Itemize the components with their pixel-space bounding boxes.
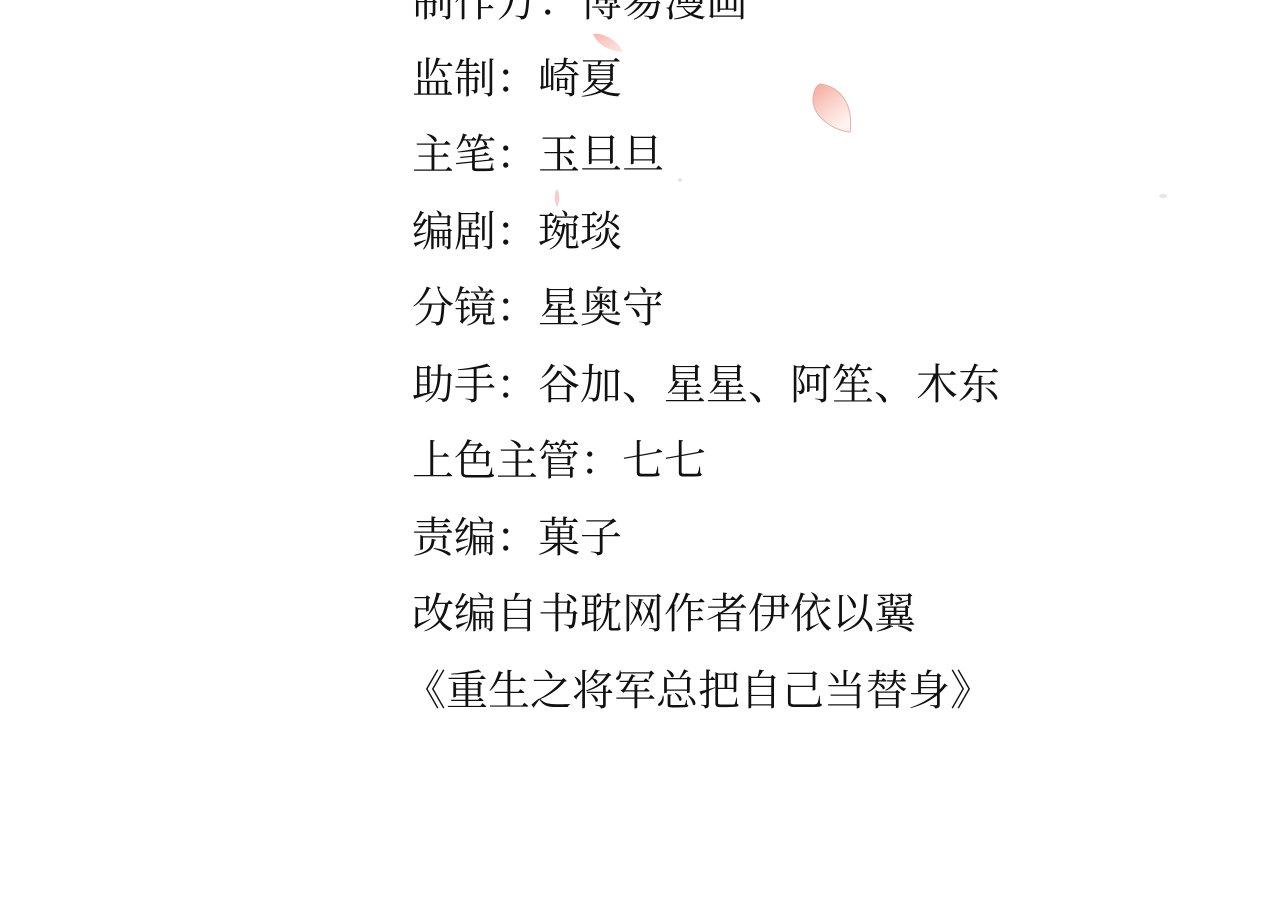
credit-role: 责编：: [412, 513, 538, 562]
credit-line-lead-artist: 主笔：玉旦旦: [412, 117, 1000, 194]
source-title: 《重生之将军总把自己当替身》: [404, 666, 992, 715]
credit-name: 琬琰: [538, 207, 622, 256]
adaptation-text: 改编自书耽网作者伊依以翼: [412, 589, 916, 638]
credit-name: 菓子: [538, 513, 622, 562]
credit-line-editor: 责编：菓子: [412, 500, 1000, 577]
credit-line-producer: 制作方：博易漫画: [412, 0, 1000, 41]
credit-name: 星奥守: [538, 283, 664, 332]
credit-role: 编剧：: [412, 207, 538, 256]
credit-role: 上色主管：: [412, 436, 622, 485]
credits-list: 制作方：博易漫画 监制：崎夏 主笔：玉旦旦 编剧：琬琰 分镜：星奥守 助手：谷加…: [412, 0, 1000, 729]
credit-name: 玉旦旦: [538, 130, 664, 179]
credit-name: 谷加、星星、阿笙、木东: [538, 360, 1000, 409]
credit-line-supervisor: 监制：崎夏: [412, 41, 1000, 118]
credit-role: 制作方：: [412, 0, 580, 26]
credit-name: 七七: [622, 436, 706, 485]
credit-role: 主笔：: [412, 130, 538, 179]
credits-page: 制作方：博易漫画 监制：崎夏 主笔：玉旦旦 编剧：琬琰 分镜：星奥守 助手：谷加…: [0, 0, 1280, 900]
credit-name: 博易漫画: [580, 0, 748, 26]
petal-icon: [1158, 192, 1168, 200]
credit-line-storyboard: 分镜：星奥守: [412, 270, 1000, 347]
credit-line-assistants: 助手：谷加、星星、阿笙、木东: [412, 347, 1000, 424]
credit-role: 助手：: [412, 360, 538, 409]
credit-line-color-lead: 上色主管：七七: [412, 423, 1000, 500]
credit-role: 监制：: [412, 54, 538, 103]
credit-role: 分镜：: [412, 283, 538, 332]
adaptation-line: 改编自书耽网作者伊依以翼: [412, 576, 1000, 653]
credit-line-screenwriter: 编剧：琬琰: [412, 194, 1000, 271]
source-title-line: 《重生之将军总把自己当替身》: [412, 653, 1000, 730]
credit-name: 崎夏: [538, 54, 622, 103]
